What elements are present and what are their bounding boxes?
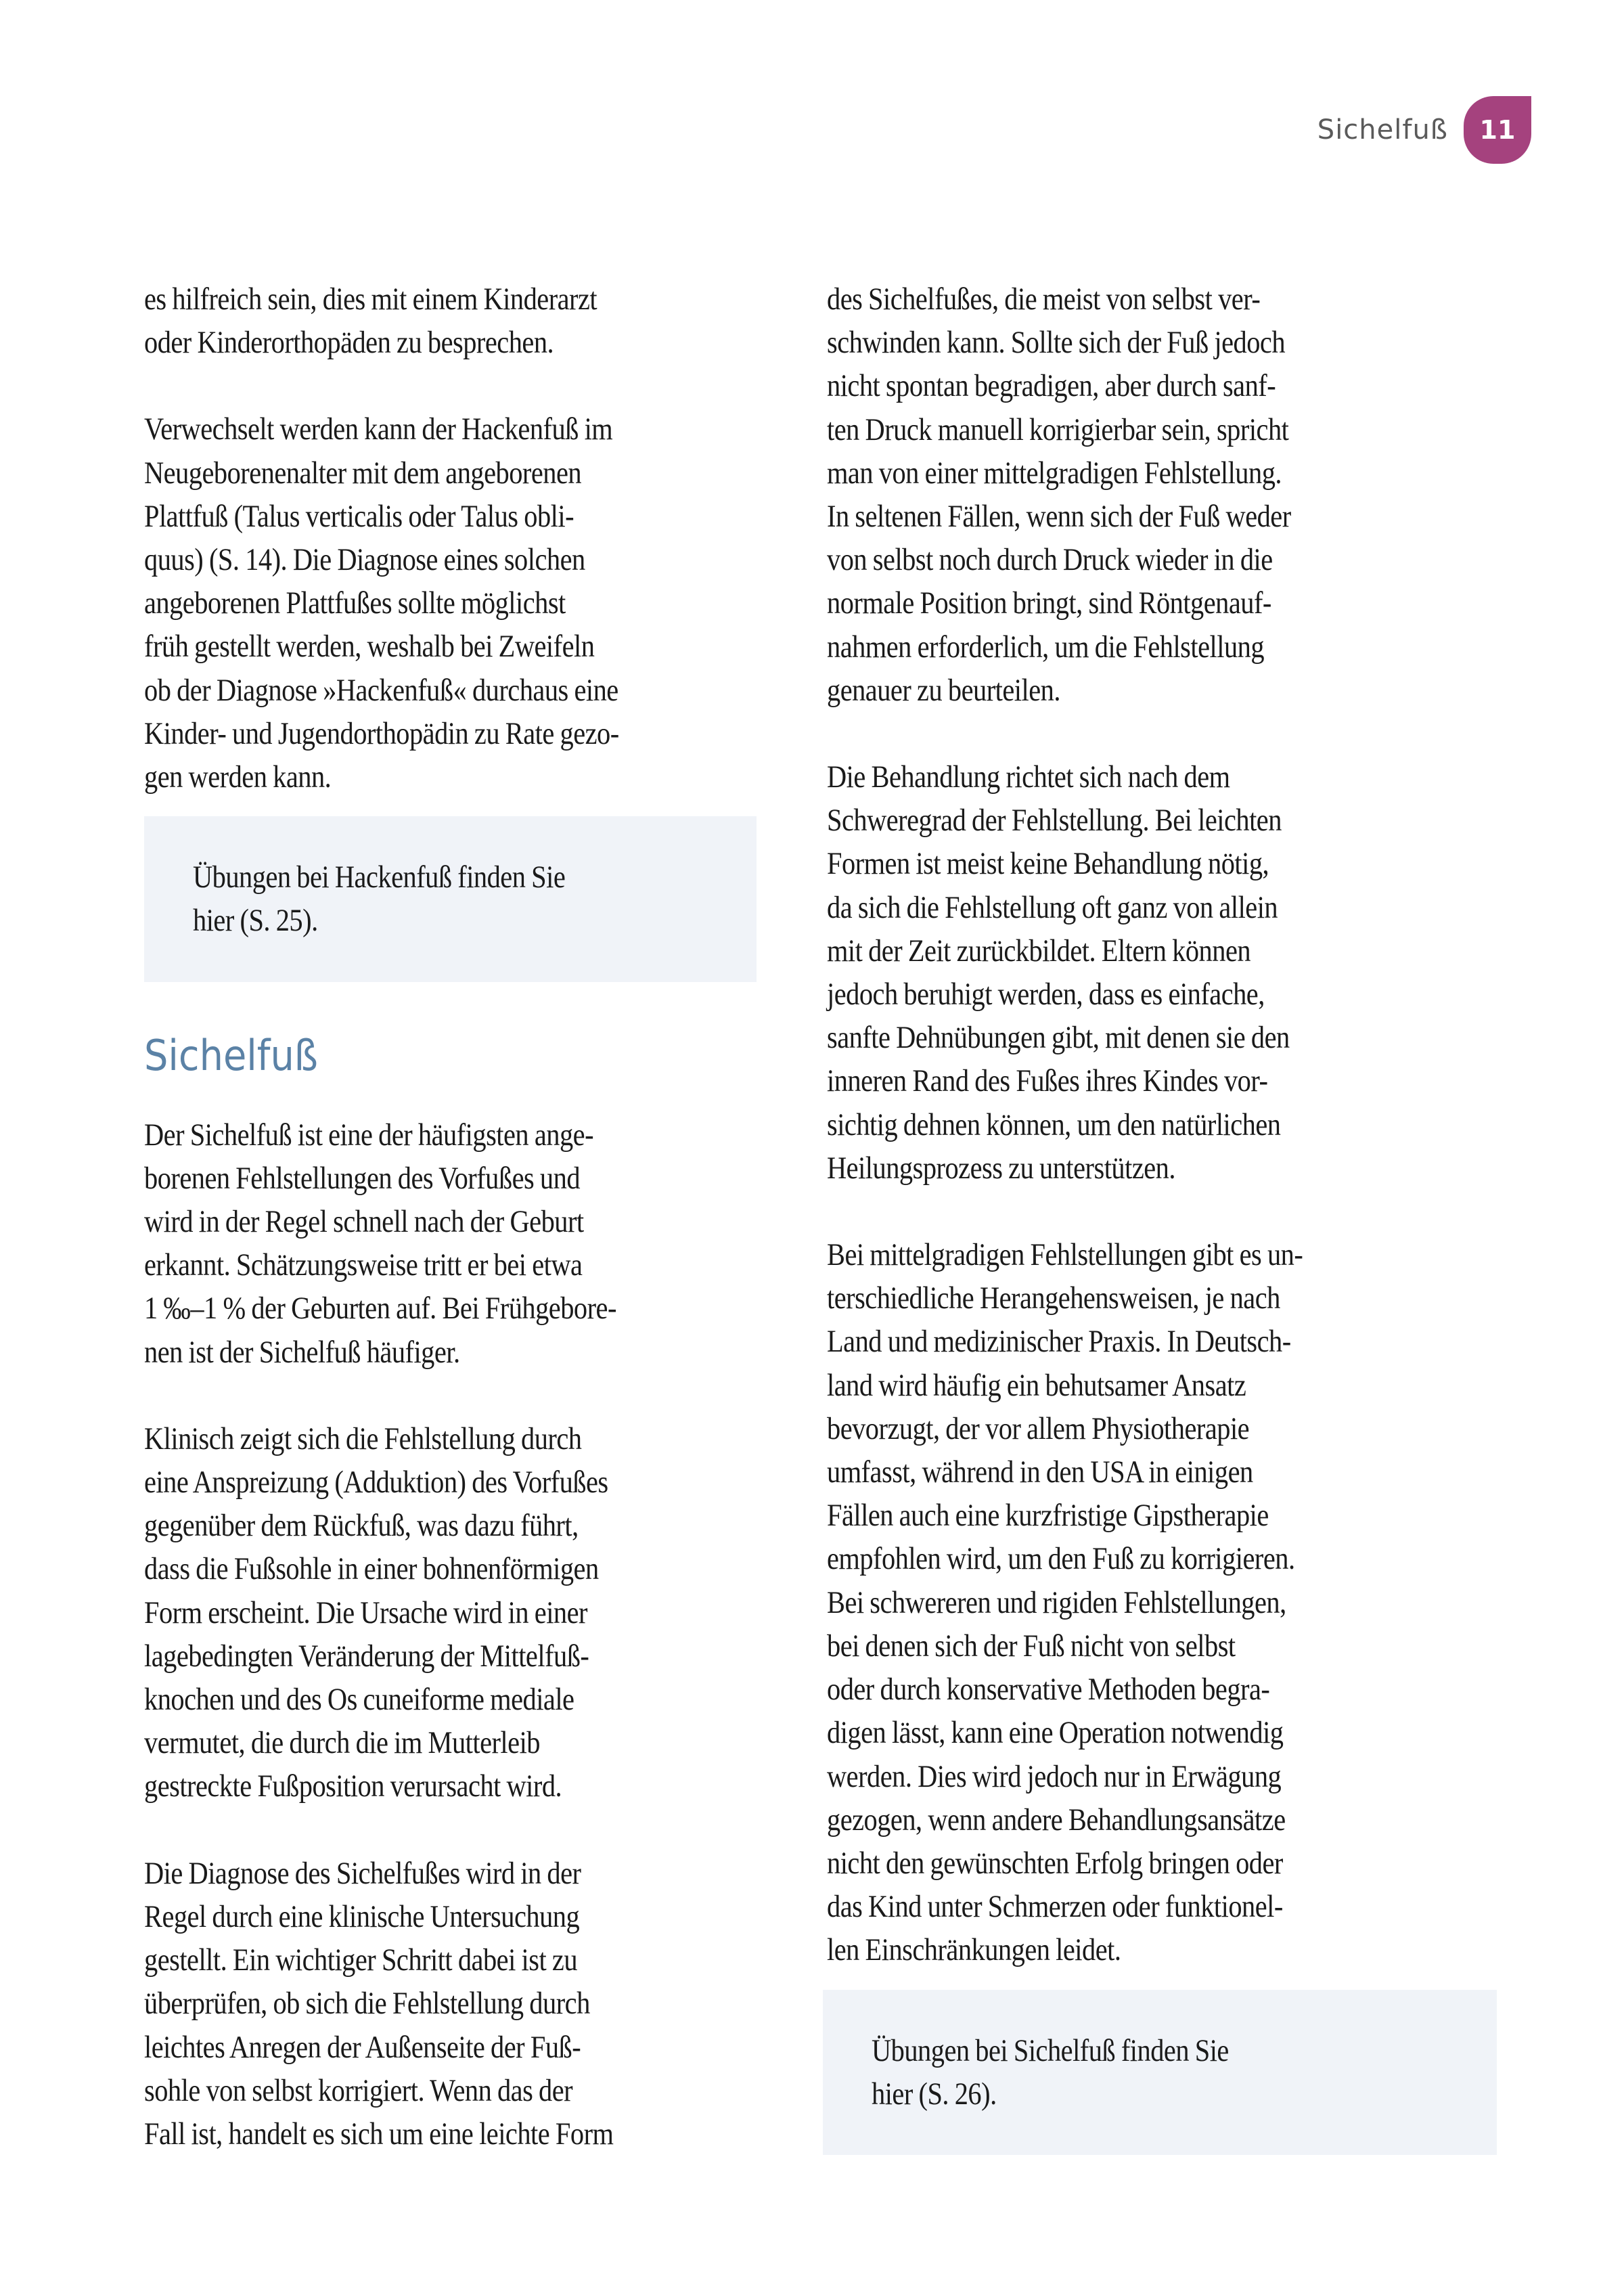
text-line: land wird häufig ein behutsamer Ansatz [827,1364,1368,1407]
text-line: hier (S. 25). [193,899,677,942]
text-line: sohle von selbst korrigiert. Wenn das de… [144,2069,671,2112]
section-heading: Sichelfuß [144,1025,696,1086]
text-line: Die Behandlung richtet sich nach dem [827,755,1368,799]
text-line: gestellt. Ein wichtiger Schritt dabei is… [144,1938,671,1982]
text-line: oder durch konservative Methoden begra- [827,1668,1368,1711]
paragraph: Der Sichelfuß ist eine der häufigsten an… [144,1113,757,1374]
text-line: oder Kinderorthopäden zu besprechen. [144,321,671,364]
text-line: mit der Zeit zurückbildet. Eltern können [827,929,1368,973]
text-line: ten Druck manuell korrigierbar sein, spr… [827,408,1368,451]
text-line: wird in der Regel schnell nach der Gebur… [144,1200,671,1243]
text-line: gegenüber dem Rückfuß, was dazu führt, [144,1504,671,1547]
text-line: lagebedingten Veränderung der Mittelfuß- [144,1634,671,1678]
text-line: angeborenen Plattfußes sollte möglichst [144,581,671,625]
text-line: empfohlen wird, um den Fuß zu korrigiere… [827,1537,1368,1580]
paragraph: Bei mittelgradigen Fehlstellungen gibt e… [827,1233,1456,1972]
text-line: eine Anspreizung (Adduktion) des Vorfuße… [144,1461,671,1504]
text-line: gen werden kann. [144,755,671,799]
text-line: von selbst noch durch Druck wieder in di… [827,538,1368,581]
text-line: Bei schwereren und rigiden Fehlstellunge… [827,1581,1368,1624]
text-line: bevorzugt, der vor allem Physiotherapie [827,1407,1368,1450]
exercise-reference-link[interactable]: Übungen bei Sichelfuß finden Siehier (S.… [872,2029,1497,2116]
paragraph: es hilfreich sein, dies mit einem Kinder… [144,277,757,364]
text-line: Fall ist, handelt es sich um eine leicht… [144,2112,671,2156]
text-line: In seltenen Fällen, wenn sich der Fuß we… [827,495,1368,538]
text-line: nicht den gewünschten Erfolg bringen ode… [827,1842,1368,1885]
exercise-reference-box: Übungen bei Sichelfuß finden Siehier (S.… [823,1990,1497,2155]
text-line: bei denen sich der Fuß nicht von selbst [827,1624,1368,1668]
exercise-reference-box: Übungen bei Hackenfuß finden Siehier (S.… [144,816,757,981]
text-line: sichtig dehnen können, um den natürliche… [827,1103,1368,1146]
text-line: sanfte Dehnübungen gibt, mit denen sie d… [827,1016,1368,1059]
text-line: Regel durch eine klinische Untersuchung [144,1895,671,1938]
text-line: früh gestellt werden, weshalb bei Zweife… [144,625,671,668]
text-line: Formen ist meist keine Behandlung nötig, [827,842,1368,885]
text-line: len Einschränkungen leidet. [827,1928,1368,1972]
text-line: Kinder- und Jugendorthopädin zu Rate gez… [144,712,671,755]
text-line: inneren Rand des Fußes ihres Kindes vor- [827,1059,1368,1103]
running-head: Sichelfuß [1317,110,1448,150]
text-line: man von einer mittelgradigen Fehlstellun… [827,451,1368,495]
text-line: werden. Dies wird jedoch nur in Erwägung [827,1755,1368,1798]
text-line: das Kind unter Schmerzen oder funktionel… [827,1885,1368,1928]
text-line: schwinden kann. Sollte sich der Fuß jedo… [827,321,1368,364]
text-line: nen ist der Sichelfuß häufiger. [144,1331,671,1374]
text-line: jedoch beruhigt werden, dass es einfache… [827,973,1368,1016]
text-line: gestreckte Fußposition verursacht wird. [144,1764,671,1808]
paragraph: Die Behandlung richtet sich nach demSchw… [827,755,1456,1190]
text-line: Land und medizinischer Praxis. In Deutsc… [827,1320,1368,1363]
text-line: da sich die Fehlstellung oft ganz von al… [827,886,1368,929]
text-line: hier (S. 26). [872,2072,1409,2116]
text-line: quus) (S. 14). Die Diagnose eines solche… [144,538,671,581]
text-line: Form erscheint. Die Ursache wird in eine… [144,1591,671,1634]
text-line: nahmen erforderlich, um die Fehlstellung [827,625,1368,669]
text-line: Klinisch zeigt sich die Fehlstellung dur… [144,1417,671,1461]
text-line: Verwechselt werden kann der Hackenfuß im [144,407,671,451]
text-line: es hilfreich sein, dies mit einem Kinder… [144,277,671,321]
text-line: Übungen bei Hackenfuß finden Sie [193,855,677,899]
text-line: genauer zu beurteilen. [827,669,1368,712]
text-line: des Sichelfußes, die meist von selbst ve… [827,277,1368,321]
right-column: des Sichelfußes, die meist von selbst ve… [827,277,1456,2155]
text-line: Fällen auch eine kurzfristige Gipstherap… [827,1494,1368,1537]
left-column: es hilfreich sein, dies mit einem Kinder… [144,277,757,2156]
text-line: dass die Fußsohle in einer bohnenförmige… [144,1547,671,1590]
text-line: Der Sichelfuß ist eine der häufigsten an… [144,1113,671,1157]
text-line: digen lässt, kann eine Operation notwend… [827,1711,1368,1754]
paragraph: Verwechselt werden kann der Hackenfuß im… [144,407,757,799]
paragraph: Die Diagnose des Sichelfußes wird in der… [144,1852,757,2156]
text-line: umfasst, während in den USA in einigen [827,1450,1368,1494]
text-line: Übungen bei Sichelfuß finden Sie [872,2029,1409,2072]
paragraph: des Sichelfußes, die meist von selbst ve… [827,277,1456,712]
text-line: normale Position bringt, sind Röntgenauf… [827,581,1368,625]
text-line: Schweregrad der Fehlstellung. Bei leicht… [827,799,1368,842]
text-line: 1 ‰–1 % der Geburten auf. Bei Frühgebore… [144,1287,671,1330]
text-line: Neugeborenenalter mit dem angeborenen [144,451,671,495]
text-line: ob der Diagnose »Hackenfuß« durchaus ein… [144,669,671,712]
text-line: leichtes Anregen der Außenseite der Fuß- [144,2026,671,2069]
text-line: Heilungsprozess zu unterstützen. [827,1146,1368,1190]
paragraph: Klinisch zeigt sich die Fehlstellung dur… [144,1417,757,1808]
text-line: überprüfen, ob sich die Fehlstellung dur… [144,1982,671,2025]
text-line: Die Diagnose des Sichelfußes wird in der [144,1852,671,1895]
text-line: terschiedliche Herangehensweisen, je nac… [827,1276,1368,1320]
text-line: vermutet, die durch die im Mutterleib [144,1721,671,1764]
exercise-reference-link[interactable]: Übungen bei Hackenfuß finden Siehier (S.… [193,855,757,942]
page-number-badge: 11 [1464,96,1531,164]
text-line: Plattfuß (Talus verticalis oder Talus ob… [144,495,671,538]
text-line: Bei mittelgradigen Fehlstellungen gibt e… [827,1233,1368,1276]
text-line: knochen und des Os cuneiforme mediale [144,1678,671,1721]
text-line: erkannt. Schätzungsweise tritt er bei et… [144,1243,671,1287]
text-line: gezogen, wenn andere Behandlungsansätze [827,1798,1368,1842]
text-line: borenen Fehlstellungen des Vorfußes und [144,1157,671,1200]
text-line: nicht spontan begradigen, aber durch san… [827,364,1368,407]
